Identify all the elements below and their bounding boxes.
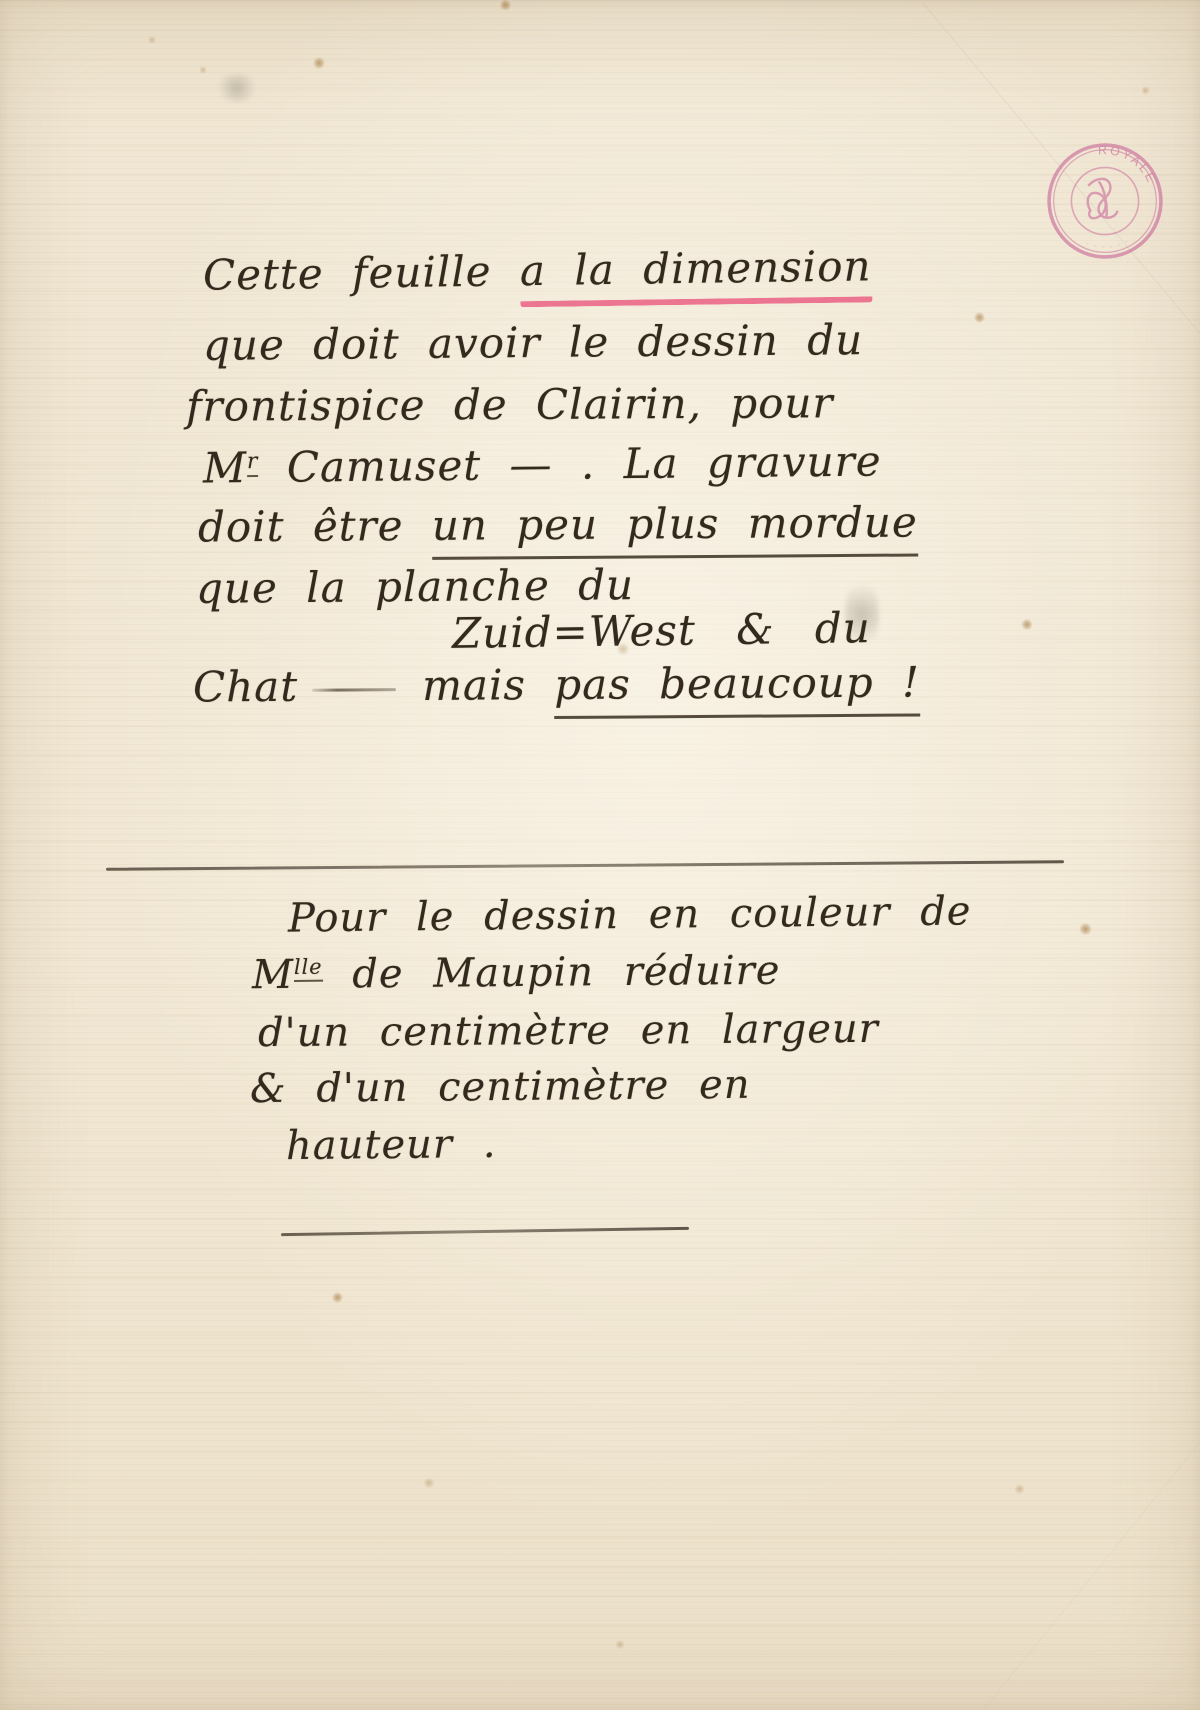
foxing-spot — [615, 1640, 625, 1649]
ms-line-8: Chatmais pas beaucoup ! — [193, 657, 920, 711]
foxing-spot — [499, 0, 512, 10]
foxing-spot — [199, 66, 207, 74]
ms-line-9-text: Pour le dessin en couleur de — [288, 888, 972, 941]
foxing-spot — [332, 1292, 343, 1303]
stamp-monogram — [1082, 177, 1118, 222]
ink-divider-2 — [281, 1227, 689, 1236]
ms-line-13: hauteur . — [286, 1121, 497, 1169]
manuscript-page: ROYALE DE ······ Cette feuille a la dime… — [0, 0, 1200, 1710]
foxing-spot — [423, 1478, 435, 1488]
ms-line-4: Mr Camuset — . La gravure — [203, 436, 882, 492]
foxing-spot — [1014, 1484, 1025, 1494]
superscript-lle: lle — [294, 955, 323, 982]
ms-line-4-text: M — [203, 443, 248, 492]
ms-line-10: Mlle de Maupin réduire — [252, 948, 781, 999]
ink-underlined-phrase: un peu plus mordue — [432, 497, 918, 559]
ms-line-7-text: Zuid=West & du — [452, 603, 871, 658]
ms-line-5: doit être un peu plus mordue — [198, 497, 918, 551]
ms-line-6: que la planche du — [196, 560, 635, 613]
library-stamp: ROYALE DE ······ — [1033, 129, 1178, 274]
foxing-spot — [1141, 86, 1150, 95]
ink-underlined-phrase: pas beaucoup ! — [554, 657, 920, 719]
ms-line-13-text: hauteur . — [286, 1121, 497, 1169]
ms-line-7: Zuid=West & du — [452, 603, 871, 658]
smudge-mark — [214, 74, 260, 102]
ms-line-12: & d'un centimètre en — [250, 1062, 751, 1112]
ms-line-1-text: Cette feuille — [203, 246, 521, 299]
ms-line-3: frontispice de Clairin, pour — [186, 378, 834, 430]
ms-line-12-text: & d'un centimètre en — [250, 1062, 751, 1112]
paper-crease-bottom-right — [984, 1429, 1200, 1710]
ms-line-8-text: Chat — [193, 662, 298, 712]
foxing-spot — [1021, 619, 1033, 630]
superscript-r: r — [247, 449, 259, 477]
foxing-spot — [313, 57, 325, 69]
ms-line-6-text: que la planche du — [196, 560, 635, 613]
red-underlined-phrase: a la dimension — [520, 241, 872, 307]
ms-line-2: que doit avoir le dessin du — [203, 315, 864, 370]
ms-line-1: Cette feuille a la dimension — [203, 241, 872, 299]
ink-divider-1 — [106, 860, 1064, 871]
foxing-spot — [1079, 923, 1092, 935]
ms-line-2-text: que doit avoir le dessin du — [203, 315, 864, 370]
ms-line-11: d'un centimètre en largeur — [258, 1006, 879, 1056]
ms-line-9: Pour le dessin en couleur de — [288, 888, 972, 941]
ms-line-10-text: M — [252, 952, 294, 998]
stamp-legend-text: ROYALE DE — [1033, 129, 1162, 215]
pen-dash — [312, 688, 396, 692]
foxing-spot — [974, 312, 985, 323]
ms-line-3-text: frontispice de Clairin, pour — [186, 378, 834, 430]
ms-line-5-text: doit être — [198, 501, 432, 552]
foxing-spot — [148, 36, 156, 44]
svg-text:ROYALE DE: ROYALE DE — [1033, 129, 1162, 215]
ms-line-11-text: d'un centimètre en largeur — [258, 1006, 879, 1056]
